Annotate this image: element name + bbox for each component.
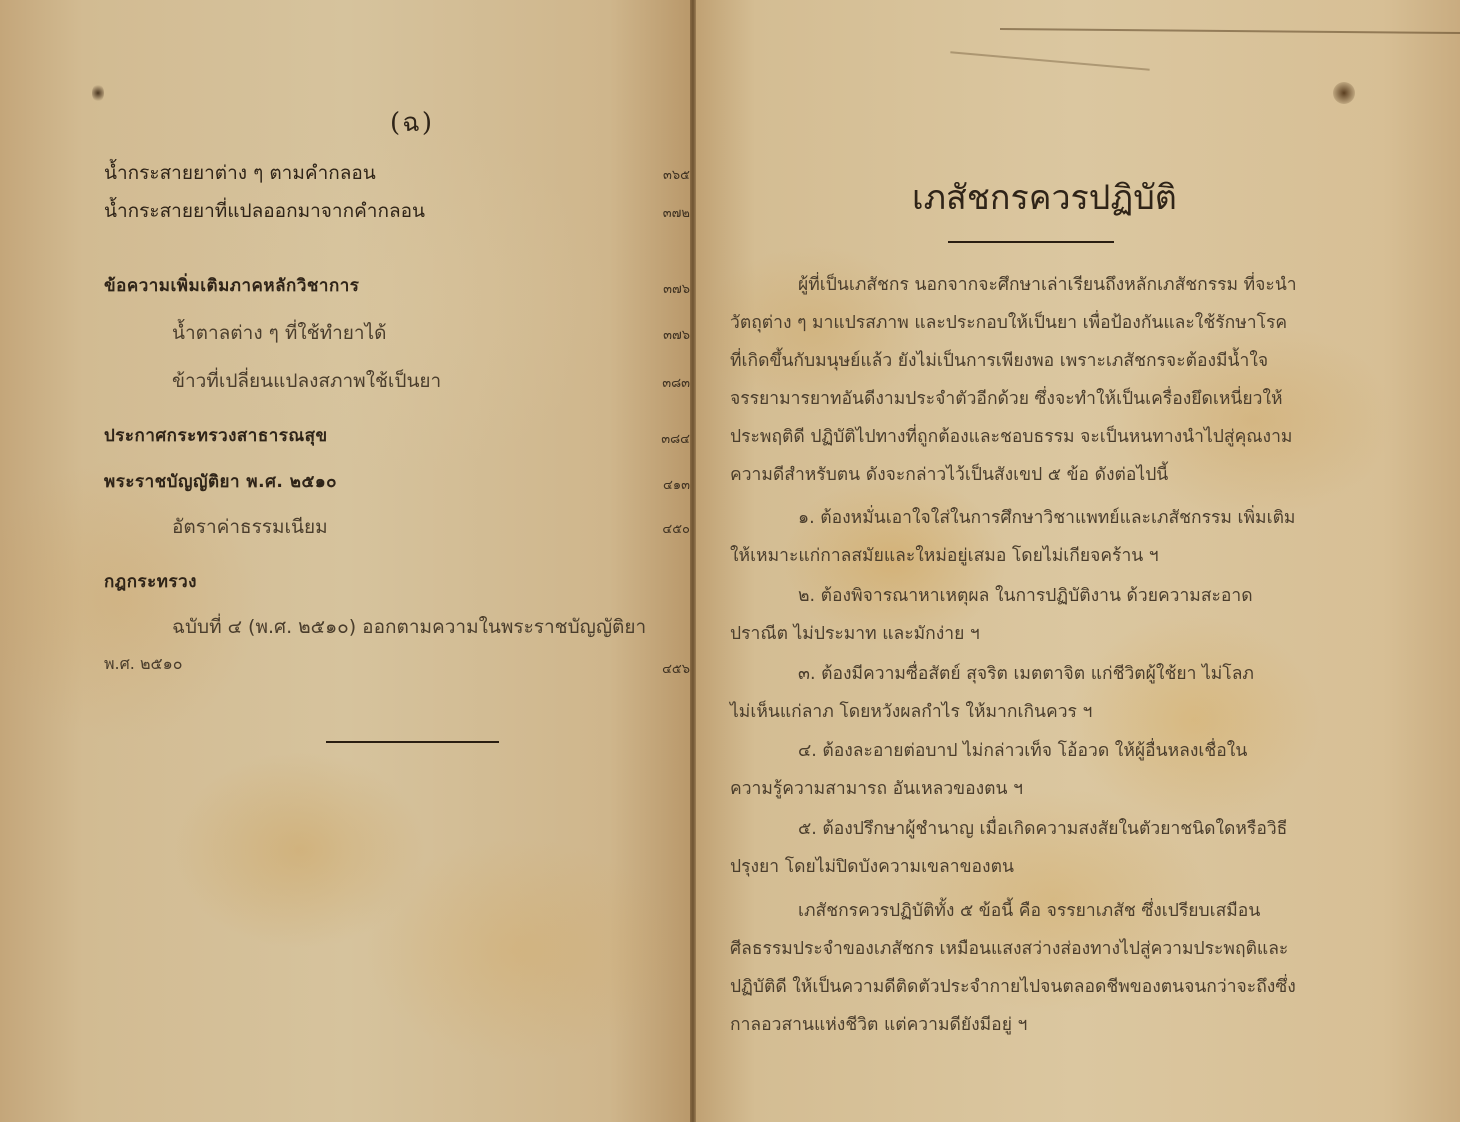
toc-page-number: ๓๗๖ bbox=[663, 324, 690, 345]
toc-row: น้ำกระสายยาที่แปลออกมาจากคำกลอน ๓๗๒ bbox=[104, 196, 694, 226]
text-line: ให้เหมาะแก่กาลสมัยและใหม่อยู่เสมอ โดยไม่… bbox=[730, 537, 1334, 575]
text-line: ประพฤติดี ปฏิบัติไปทางที่ถูกต้องและชอบธร… bbox=[730, 418, 1334, 456]
toc-label: กฎกระทรวง bbox=[104, 568, 197, 595]
text-line: ศีลธรรมประจำของเภสัชกร เหมือนแสงสว่างส่อ… bbox=[730, 930, 1334, 968]
toc-label: น้ำกระสายยาที่แปลออกมาจากคำกลอน bbox=[104, 196, 425, 226]
toc-row: น้ำตาลต่าง ๆ ที่ใช้ทำยาได้ ๓๗๖ bbox=[104, 318, 694, 348]
toc-label: ฉบับที่ ๔ (พ.ศ. ๒๕๑๐) ออกตามความในพระราช… bbox=[172, 612, 646, 642]
text-line: จรรยามารยาทอันดีงามประจำตัวอีกด้วย ซึ่งจ… bbox=[730, 380, 1334, 418]
rule-item-5: ๕. ต้องปรึกษาผู้ชำนาญ เมื่อเกิดความสงสัย… bbox=[730, 810, 1334, 886]
toc-page-number: ๓๘๔ bbox=[661, 428, 690, 449]
text-line: กาลอวสานแห่งชีวิต แต่ความดียังมีอยู่ ฯ bbox=[730, 1006, 1334, 1044]
toc-label: ข้าวที่เปลี่ยนแปลงสภาพใช้เป็นยา bbox=[172, 366, 441, 396]
toc-label: ประกาศกระทรวงสาธารณสุข bbox=[104, 422, 328, 449]
toc-row: ฉบับที่ ๔ (พ.ศ. ๒๕๑๐) ออกตามความในพระราช… bbox=[104, 612, 694, 642]
text-line: ความดีสำหรับตน ดังจะกล่าวไว้เป็นสังเขป ๕… bbox=[730, 456, 1334, 494]
toc-row: ข้าวที่เปลี่ยนแปลงสภาพใช้เป็นยา ๓๘๓ bbox=[104, 366, 694, 396]
toc-page-number: ๓๗๒ bbox=[663, 202, 690, 223]
toc-page-number: ๓๘๓ bbox=[662, 372, 690, 393]
toc-page-number: ๓๖๕ bbox=[663, 164, 690, 185]
page-marker: (ฉ) bbox=[390, 102, 434, 143]
toc-page-number: ๔๕๐ bbox=[662, 518, 690, 539]
toc-label: ข้อความเพิ่มเติมภาคหลักวิชาการ bbox=[104, 272, 359, 299]
text-line: ๒. ต้องพิจารณาหาเหตุผล ในการปฏิบัติงาน ด… bbox=[730, 577, 1334, 615]
text-line: ๓. ต้องมีความซื่อสัตย์ สุจริต เมตตาจิต แ… bbox=[730, 655, 1334, 693]
paper-stain bbox=[92, 84, 104, 102]
text-line: ๔. ต้องละอายต่อบาป ไม่กล่าวเท็จ โอ้อวด ใ… bbox=[730, 732, 1334, 770]
rule-item-1: ๑. ต้องหมั่นเอาใจใส่ในการศึกษาวิชาแพทย์แ… bbox=[730, 499, 1334, 575]
section-divider bbox=[326, 741, 499, 743]
text-line: ผู้ที่เป็นเภสัชกร นอกจากจะศึกษาเล่าเรียน… bbox=[730, 266, 1334, 304]
text-line: ไม่เห็นแก่ลาภ โดยหวังผลกำไร ให้มากเกินคว… bbox=[730, 693, 1334, 731]
text-line: ปรุงยา โดยไม่ปิดบังความเขลาของตน bbox=[730, 848, 1334, 886]
rule-item-2: ๒. ต้องพิจารณาหาเหตุผล ในการปฏิบัติงาน ด… bbox=[730, 577, 1334, 653]
text-line: ที่เกิดขึ้นกับมนุษย์แล้ว ยังไม่เป็นการเพ… bbox=[730, 342, 1334, 380]
toc-row: น้ำกระสายยาต่าง ๆ ตามคำกลอน ๓๖๕ bbox=[104, 158, 694, 188]
closing-paragraph: เภสัชกรควรปฏิบัติทั้ง ๕ ข้อนี้ คือ จรรยา… bbox=[730, 892, 1334, 1044]
toc-section-heading: พระราชบัญญัติยา พ.ศ. ๒๕๑๐ ๔๑๓ bbox=[104, 468, 694, 498]
intro-paragraph: ผู้ที่เป็นเภสัชกร นอกจากจะศึกษาเล่าเรียน… bbox=[730, 266, 1334, 494]
rule-item-4: ๔. ต้องละอายต่อบาป ไม่กล่าวเท็จ โอ้อวด ใ… bbox=[730, 732, 1334, 808]
rule-item-3: ๓. ต้องมีความซื่อสัตย์ สุจริต เมตตาจิต แ… bbox=[730, 655, 1334, 731]
text-line: ปราณีต ไม่ประมาท และมักง่าย ฯ bbox=[730, 615, 1334, 653]
text-line: ๕. ต้องปรึกษาผู้ชำนาญ เมื่อเกิดความสงสัย… bbox=[730, 810, 1334, 848]
paper-stain bbox=[1333, 82, 1355, 104]
toc-page-number: ๔๕๖ bbox=[662, 658, 690, 679]
toc-row: อัตราค่าธรรมเนียม ๔๕๐ bbox=[104, 512, 694, 542]
toc-row: พ.ศ. ๒๕๑๐ ๔๕๖ bbox=[104, 652, 694, 682]
text-line: วัตถุต่าง ๆ มาแปรสภาพ และประกอบให้เป็นยา… bbox=[730, 304, 1334, 342]
toc-label: น้ำตาลต่าง ๆ ที่ใช้ทำยาได้ bbox=[172, 318, 386, 348]
toc-page-number: ๓๗๖ bbox=[663, 278, 690, 299]
text-line: เภสัชกรควรปฏิบัติทั้ง ๕ ข้อนี้ คือ จรรยา… bbox=[730, 892, 1334, 930]
toc-section-heading: กฎกระทรวง bbox=[104, 568, 694, 598]
toc-label: น้ำกระสายยาต่าง ๆ ตามคำกลอน bbox=[104, 158, 376, 188]
toc-section-heading: ประกาศกระทรวงสาธารณสุข ๓๘๔ bbox=[104, 422, 694, 452]
toc-label: อัตราค่าธรรมเนียม bbox=[172, 512, 328, 542]
title-divider bbox=[948, 241, 1114, 243]
toc-label: พ.ศ. ๒๕๑๐ bbox=[104, 652, 183, 677]
toc-section-heading: ข้อความเพิ่มเติมภาคหลักวิชาการ ๓๗๖ bbox=[104, 272, 694, 302]
toc-page-number: ๔๑๓ bbox=[663, 474, 690, 495]
toc-label: พระราชบัญญัติยา พ.ศ. ๒๕๑๐ bbox=[104, 468, 337, 495]
text-line: ความรู้ความสามารถ อันเหลวของตน ฯ bbox=[730, 770, 1334, 808]
text-line: ปฏิบัติดี ให้เป็นความดีติดตัวประจำกายไปจ… bbox=[730, 968, 1334, 1006]
text-line: ๑. ต้องหมั่นเอาใจใส่ในการศึกษาวิชาแพทย์แ… bbox=[730, 499, 1334, 537]
page-title: เภสัชกรควรปฏิบัติ bbox=[912, 170, 1162, 224]
